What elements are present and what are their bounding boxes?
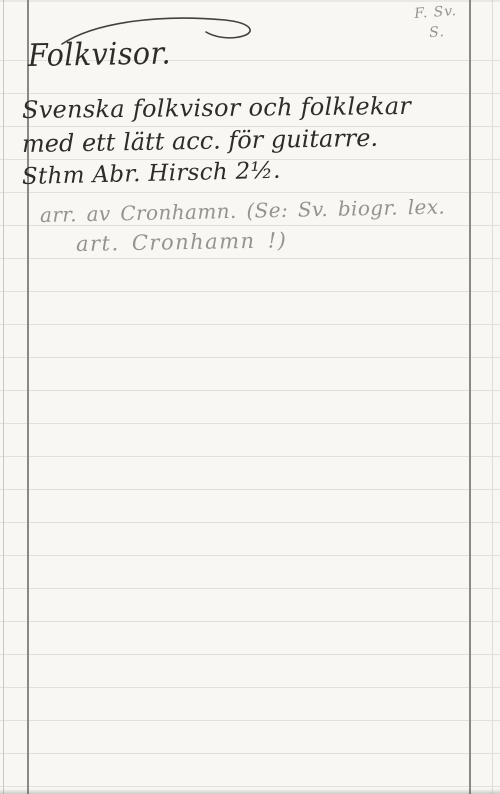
entry-line: Svenska folkvisor och folklekar <box>22 92 411 124</box>
shelf-mark-line: S. <box>415 21 459 44</box>
margin-line-right <box>469 0 471 794</box>
page-title: Folkvisor. <box>28 36 172 74</box>
shelf-mark-line: F. Sv. <box>414 1 458 24</box>
annotation-line: arr. av Cronhamn. (Se: Sv. biogr. lex. <box>40 195 446 227</box>
entry-line: Sthm Abr. Hirsch 2½. <box>22 158 281 190</box>
shelf-mark: F. Sv. S. <box>414 1 459 44</box>
margin-line-faint-left <box>3 0 4 794</box>
annotation-line: art. Cronhamn !) <box>76 228 288 256</box>
entry-line: med ett lätt acc. för guitarre. <box>22 124 379 158</box>
scan-top-edge <box>0 0 500 2</box>
margin-line-faint-right <box>492 0 493 794</box>
scan-bottom-shadow <box>0 789 500 794</box>
scanned-page: F. Sv. S. Folkvisor. Svenska folkvisor o… <box>0 0 500 794</box>
